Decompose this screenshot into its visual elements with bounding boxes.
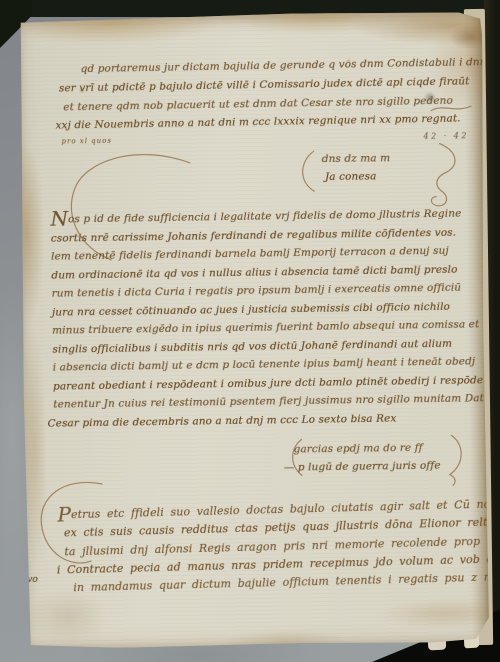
grant-text: Nos p id de fide sufficiencia i legalita… — [50, 204, 484, 433]
text-line: dns dz ma m — [322, 150, 391, 168]
flourish-sig2-right-paren — [449, 435, 461, 485]
registration-note: qd portaremus jur dictam bajulia de geru… — [52, 52, 500, 135]
text-line: garcias epdj ma do re ff — [293, 440, 440, 459]
interlinear-note: pro xl quos — [61, 137, 112, 146]
flourish-sig1-left-brace — [302, 151, 314, 191]
text-span: os p id de fide sufficiencia i legalitat… — [68, 208, 462, 226]
faint-pencil-marks: 42 · 42 — [423, 131, 469, 141]
text-line: Ja conesa — [322, 168, 391, 186]
initial-letter: P — [57, 502, 71, 526]
chancery-note-2: garcias epdj ma do re ff — p lugū de gue… — [293, 440, 440, 477]
chancery-note-1: dns dz ma m Ja conesa — [322, 150, 391, 186]
manuscript-page: qd portaremus jur dictam bajulia de geru… — [18, 11, 490, 649]
second-entry-text: Petrus etc ffideli suo vallesio doctas b… — [55, 494, 500, 598]
marginal-note: vo — [27, 575, 38, 585]
flourish-sig1-right-brace — [431, 143, 456, 206]
manuscript-photo: qd portaremus jur dictam bajulia de geru… — [0, 0, 500, 662]
text-line: — p lugū de guerra juris offe — [284, 457, 441, 477]
initial-letter: N — [50, 206, 68, 230]
